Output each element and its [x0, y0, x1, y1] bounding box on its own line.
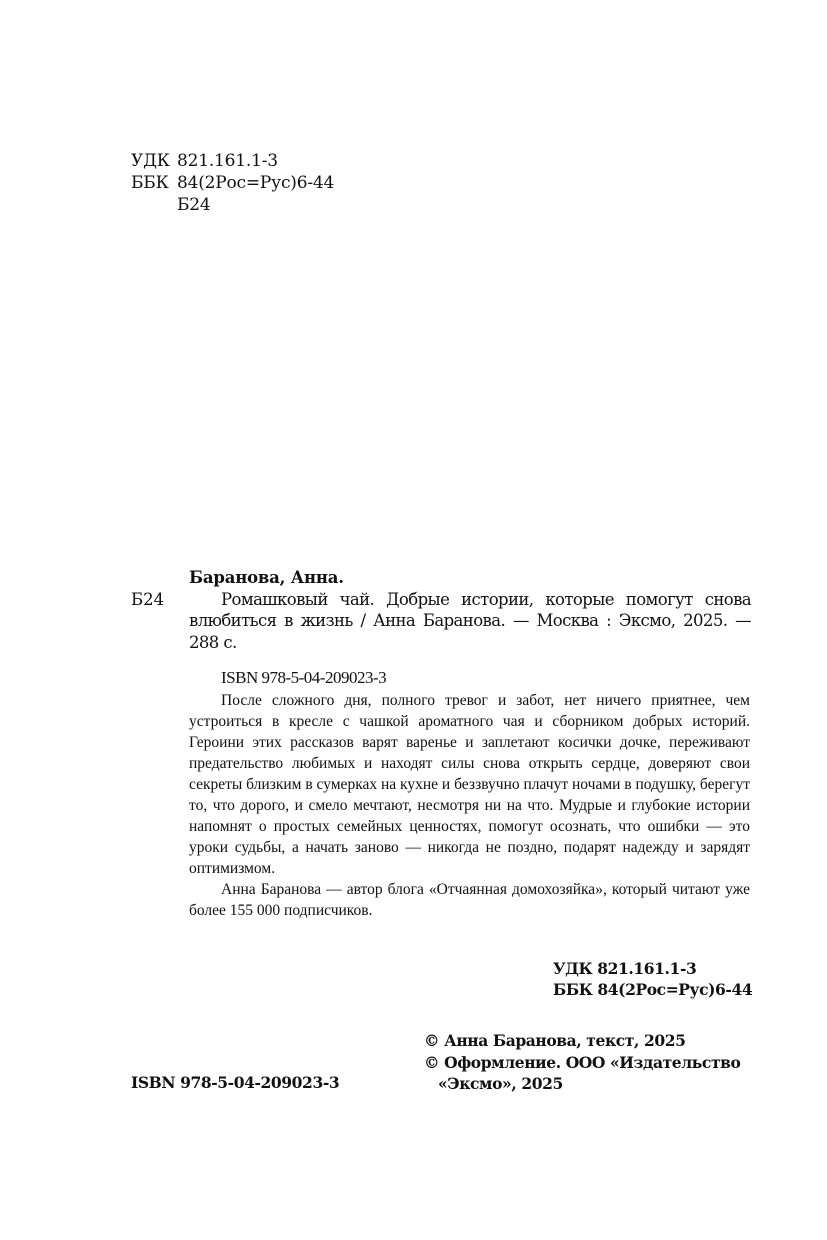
- udk-label: УДК: [131, 150, 177, 172]
- bbk-row: ББК84(2Рос=Рус)6-44: [131, 172, 334, 194]
- classification-header: УДК821.161.1-3 ББК84(2Рос=Рус)6-44 Б24: [131, 150, 334, 216]
- copyright-design-continued: «Эксмо», 2025: [424, 1073, 764, 1095]
- udk-value: 821.161.1-3: [177, 150, 278, 172]
- bbk-value: 84(2Рос=Рус)6-44: [177, 172, 334, 194]
- author-heading: Баранова, Анна.: [131, 567, 751, 589]
- bibliographic-description: Ромашковый чай. Добрые истории, которые …: [189, 589, 751, 654]
- annotation: После сложного дня, полного тревог и заб…: [189, 690, 750, 921]
- bbk-label: ББК: [131, 172, 177, 194]
- udk-bold: УДК 821.161.1-3: [553, 958, 752, 979]
- bibliographic-record: Баранова, Анна. Б24 Ромашковый чай. Добр…: [131, 567, 751, 689]
- record-isbn: ISBN 978-5-04-209023-3: [131, 667, 751, 689]
- entry-cutter-mark: Б24: [131, 589, 164, 611]
- udk-row: УДК821.161.1-3: [131, 150, 334, 172]
- isbn-bold: ISBN 978-5-04-209023-3: [131, 1072, 339, 1094]
- annotation-paragraph: Анна Баранова — автор блога «Отчаянная д…: [189, 879, 750, 921]
- author-cutter-mark: Б24: [131, 194, 334, 216]
- bibliographic-entry: Б24 Ромашковый чай. Добрые истории, кото…: [131, 589, 751, 654]
- annotation-paragraph: После сложного дня, полного тревог и заб…: [189, 690, 750, 879]
- classification-footer: УДК 821.161.1-3 ББК 84(2Рос=Рус)6-44: [553, 958, 752, 1000]
- copyright-design: © Оформление. ООО «Издательство: [424, 1052, 764, 1074]
- copyright-text: © Анна Баранова, текст, 2025: [424, 1030, 764, 1052]
- copyright-notice: © Анна Баранова, текст, 2025 © Оформлени…: [424, 1030, 764, 1095]
- bbk-bold: ББК 84(2Рос=Рус)6-44: [553, 979, 752, 1000]
